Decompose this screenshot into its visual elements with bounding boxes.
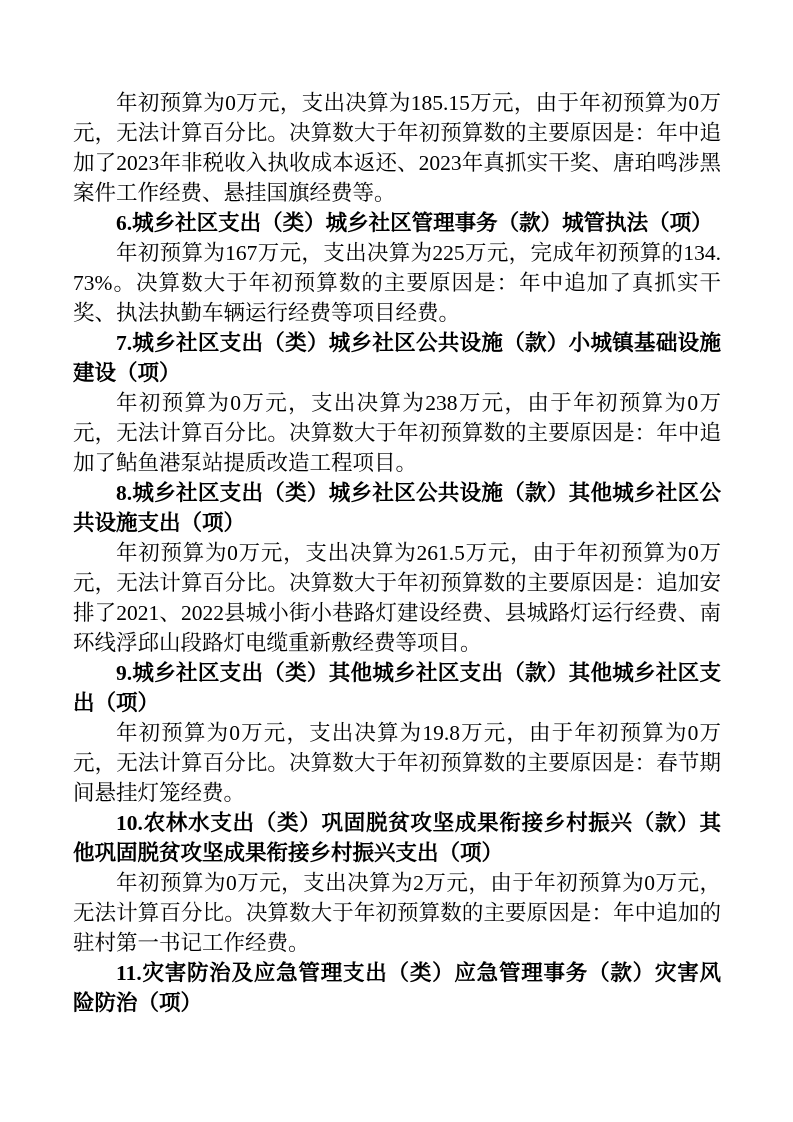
document-page: 年初预算为0万元，支出决算为185.15万元，由于年初预算为0万元，无法计算百分… (0, 0, 793, 1122)
section-6-budget-detail: 年初预算为167万元，支出决算为225万元，完成年初预算的134.73%。决算数… (73, 238, 721, 328)
section-7-budget-detail: 年初预算为0万元，支出决算为238万元，由于年初预算为0万元，无法计算百分比。决… (73, 388, 721, 478)
paragraph-item5-budget-detail: 年初预算为0万元，支出决算为185.15万元，由于年初预算为0万元，无法计算百分… (73, 88, 721, 208)
section-7-heading: 7.城乡社区支出（类）城乡社区公共设施（款）小城镇基础设施建设（项） (73, 328, 721, 388)
section-11-heading: 11.灾害防治及应急管理支出（类）应急管理事务（款）灾害风险防治（项） (73, 958, 721, 1018)
section-8-heading: 8.城乡社区支出（类）城乡社区公共设施（款）其他城乡社区公共设施支出（项） (73, 478, 721, 538)
section-9-budget-detail: 年初预算为0万元，支出决算为19.8万元，由于年初预算为0万元，无法计算百分比。… (73, 718, 721, 808)
document-content: 年初预算为0万元，支出决算为185.15万元，由于年初预算为0万元，无法计算百分… (73, 88, 721, 1018)
section-8-budget-detail: 年初预算为0万元，支出决算为261.5万元，由于年初预算为0万元，无法计算百分比… (73, 538, 721, 658)
section-10-budget-detail: 年初预算为0万元，支出决算为2万元，由于年初预算为0万元，无法计算百分比。决算数… (73, 868, 721, 958)
section-10-heading: 10.农林水支出（类）巩固脱贫攻坚成果衔接乡村振兴（款）其他巩固脱贫攻坚成果衔接… (73, 808, 721, 868)
section-9-heading: 9.城乡社区支出（类）其他城乡社区支出（款）其他城乡社区支出（项） (73, 658, 721, 718)
section-6-heading: 6.城乡社区支出（类）城乡社区管理事务（款）城管执法（项） (73, 208, 721, 238)
